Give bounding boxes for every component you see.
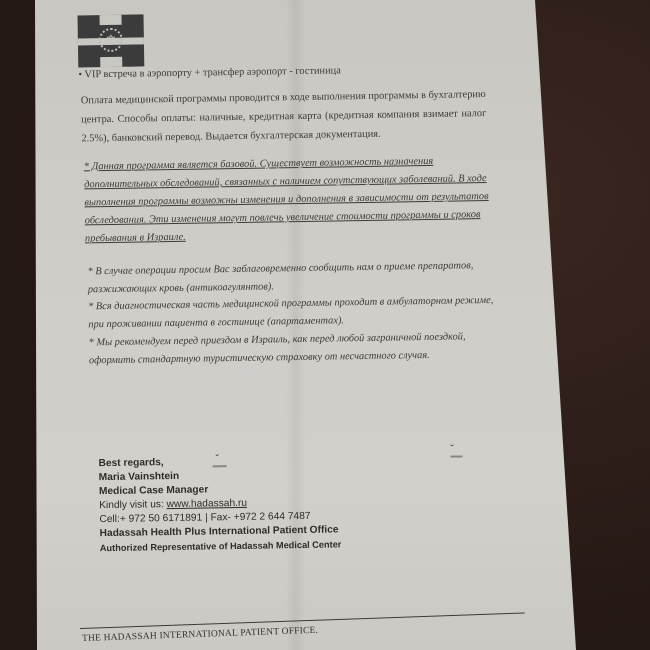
vip-line: • VIP встреча в аэропорту + трансфер аэр… — [78, 65, 341, 80]
program-note-line-3: выполнения программы возможны изменения … — [84, 191, 488, 208]
note-line-6: оформить стандартную туристическую страх… — [89, 350, 430, 366]
program-note-line-1: * Данная программа является базовой. Сущ… — [84, 156, 434, 172]
signature-office: Hadassah Health Plus International Patie… — [100, 524, 339, 539]
program-note-line-5: пребывания в Израиле. — [85, 232, 186, 245]
signature-name: Maria Vainshtein — [99, 471, 180, 483]
program-note-line-2: дополнительных обследований, связанных с… — [84, 173, 487, 190]
scribble-mark: ˇ — [215, 453, 219, 465]
letter-content: ✡ • VIP встреча в аэропорту + трансфер а… — [0, 0, 650, 650]
note-line-1: * В случае операции просим Вас заблаговр… — [87, 260, 473, 277]
signature-phones: Cell:+ 972 50 6171891 | Fax- +972 2 644 … — [99, 511, 310, 525]
note-line-3: * Вся диагностическая часть медицинской … — [88, 295, 493, 312]
signature-title: Medical Case Manager — [99, 484, 208, 497]
note-line-5: * Мы рекомендуем перед приездом в Израил… — [89, 331, 466, 348]
note-line-2: разжижающих кровь (антикоагулянтов). — [88, 281, 274, 295]
program-note-line-4: обследования. Эти изменения могут повлеч… — [85, 209, 481, 226]
website-link[interactable]: www.hadassah.ru — [166, 498, 247, 510]
signature-closing: Best regards, — [98, 457, 163, 469]
note-line-4: при проживании пациента в гостинице (апа… — [88, 315, 344, 330]
signature-visit: Kindly visit us: www.hadassah.ru — [99, 498, 247, 511]
visit-label: Kindly visit us: — [99, 499, 167, 511]
payment-line-1: Оплата медицинской программы проводится … — [81, 89, 486, 106]
scribble-mark: ˇ — [450, 444, 454, 456]
payment-line-2: центра. Способы оплаты: наличные, кредит… — [81, 108, 486, 125]
scribble-mark — [450, 455, 462, 457]
hadassah-logo-icon: ✡ — [78, 14, 145, 67]
scribble-mark — [213, 465, 227, 467]
signature-authorized: Authorized Representative of Hadassah Me… — [100, 539, 342, 553]
payment-line-3: 2.5%), банковский перевод. Выдается бухг… — [81, 129, 380, 145]
